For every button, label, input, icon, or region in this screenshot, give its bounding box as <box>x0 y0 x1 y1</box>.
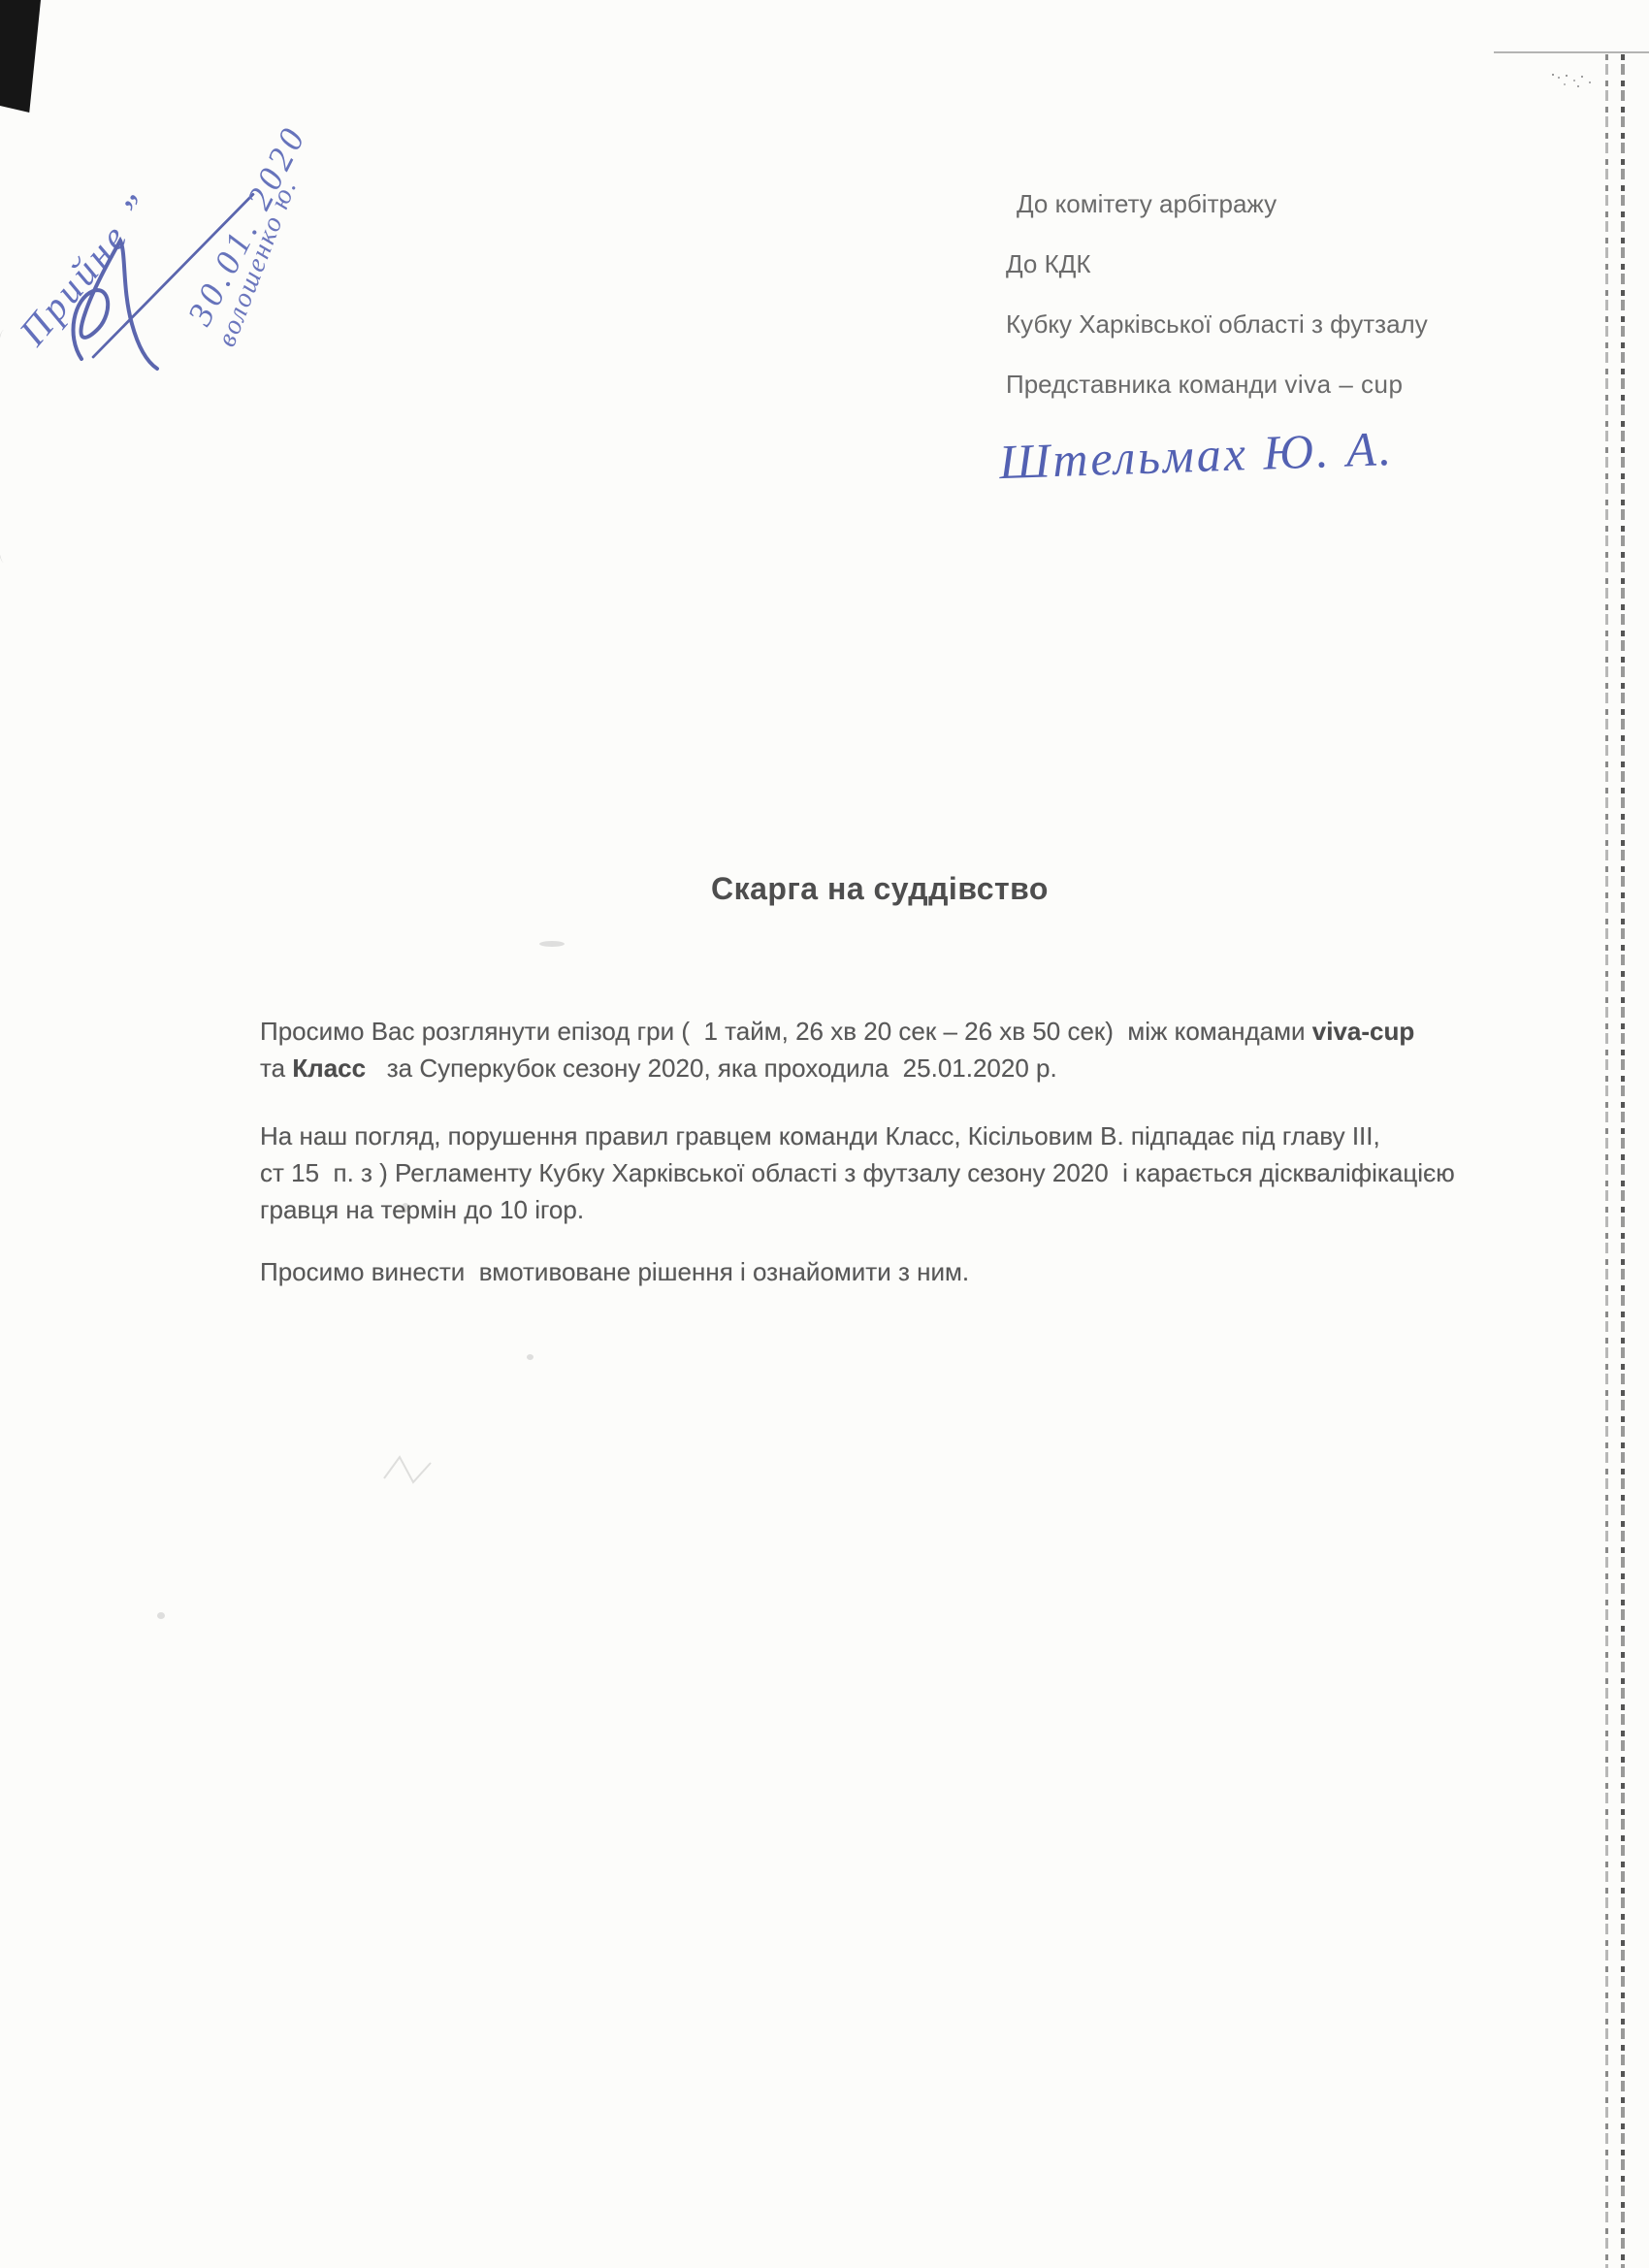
scan-corner-artifact <box>0 0 41 113</box>
scan-smudge <box>527 1354 533 1360</box>
recipient-line-kdk: До КДК <box>1006 250 1428 278</box>
scan-edge-vertical-line-right <box>1621 54 1625 2268</box>
body-line: Просимо винести вмотивоване рішення і оз… <box>260 1253 969 1290</box>
body-line: ст 15 п. з ) Регламенту Кубку Харківсько… <box>260 1154 1455 1191</box>
recipient-line-representative: Представника команди viva – cup <box>1006 371 1428 399</box>
team-klass-bold: Класс <box>292 1053 366 1083</box>
body-text-segment: Просимо Вас розглянути епізод гри ( 1 та… <box>260 1017 1312 1046</box>
paragraph-request-decision: Просимо винести вмотивоване рішення і оз… <box>260 1253 969 1290</box>
recipient-line-cup: Кубку Харківської області з футзалу <box>1006 310 1428 339</box>
body-line: На наш погляд, порушення правил гравцем … <box>260 1118 1455 1154</box>
body-line: гравця на термін до 10 ігор. <box>260 1191 1455 1228</box>
body-line: та Класс за Суперкубок сезону 2020, яка … <box>260 1050 1414 1086</box>
scan-smudge <box>539 941 565 947</box>
scan-dust-specks <box>1552 74 1554 76</box>
scan-edge-horizontal-line <box>1494 51 1649 53</box>
recipient-block: До комітету арбітражу До КДК Кубку Харкі… <box>1006 190 1428 431</box>
team-name-viva-cup: viva – cup <box>1284 370 1403 399</box>
scanned-document-page: Прийне ” 30.01. 2020 волошенко ю. До ком… <box>0 0 1649 2268</box>
body-text-segment: та <box>260 1053 292 1083</box>
scan-smudge <box>157 1612 165 1619</box>
recipient-line-arbitration-committee: До комітету арбітражу <box>1006 190 1428 218</box>
scan-pencil-mark <box>380 1449 438 1498</box>
paragraph-violation-details: На наш погляд, порушення правил гравцем … <box>260 1118 1455 1228</box>
scan-left-edge-arc <box>0 330 16 563</box>
stamp-signature-squiggle <box>64 231 171 376</box>
scan-edge-vertical-line-left <box>1605 54 1608 2268</box>
paragraph-request-review: Просимо Вас розглянути епізод гри ( 1 та… <box>260 1013 1414 1086</box>
body-line: Просимо Вас розглянути епізод гри ( 1 та… <box>260 1013 1414 1050</box>
representative-prefix: Представника команди <box>1006 370 1284 399</box>
document-title: Скарга на суддівство <box>711 871 1049 907</box>
body-text-segment: за Суперкубок сезону 2020, яка проходила… <box>366 1053 1057 1083</box>
team-viva-cup-bold: viva-cup <box>1312 1017 1415 1046</box>
